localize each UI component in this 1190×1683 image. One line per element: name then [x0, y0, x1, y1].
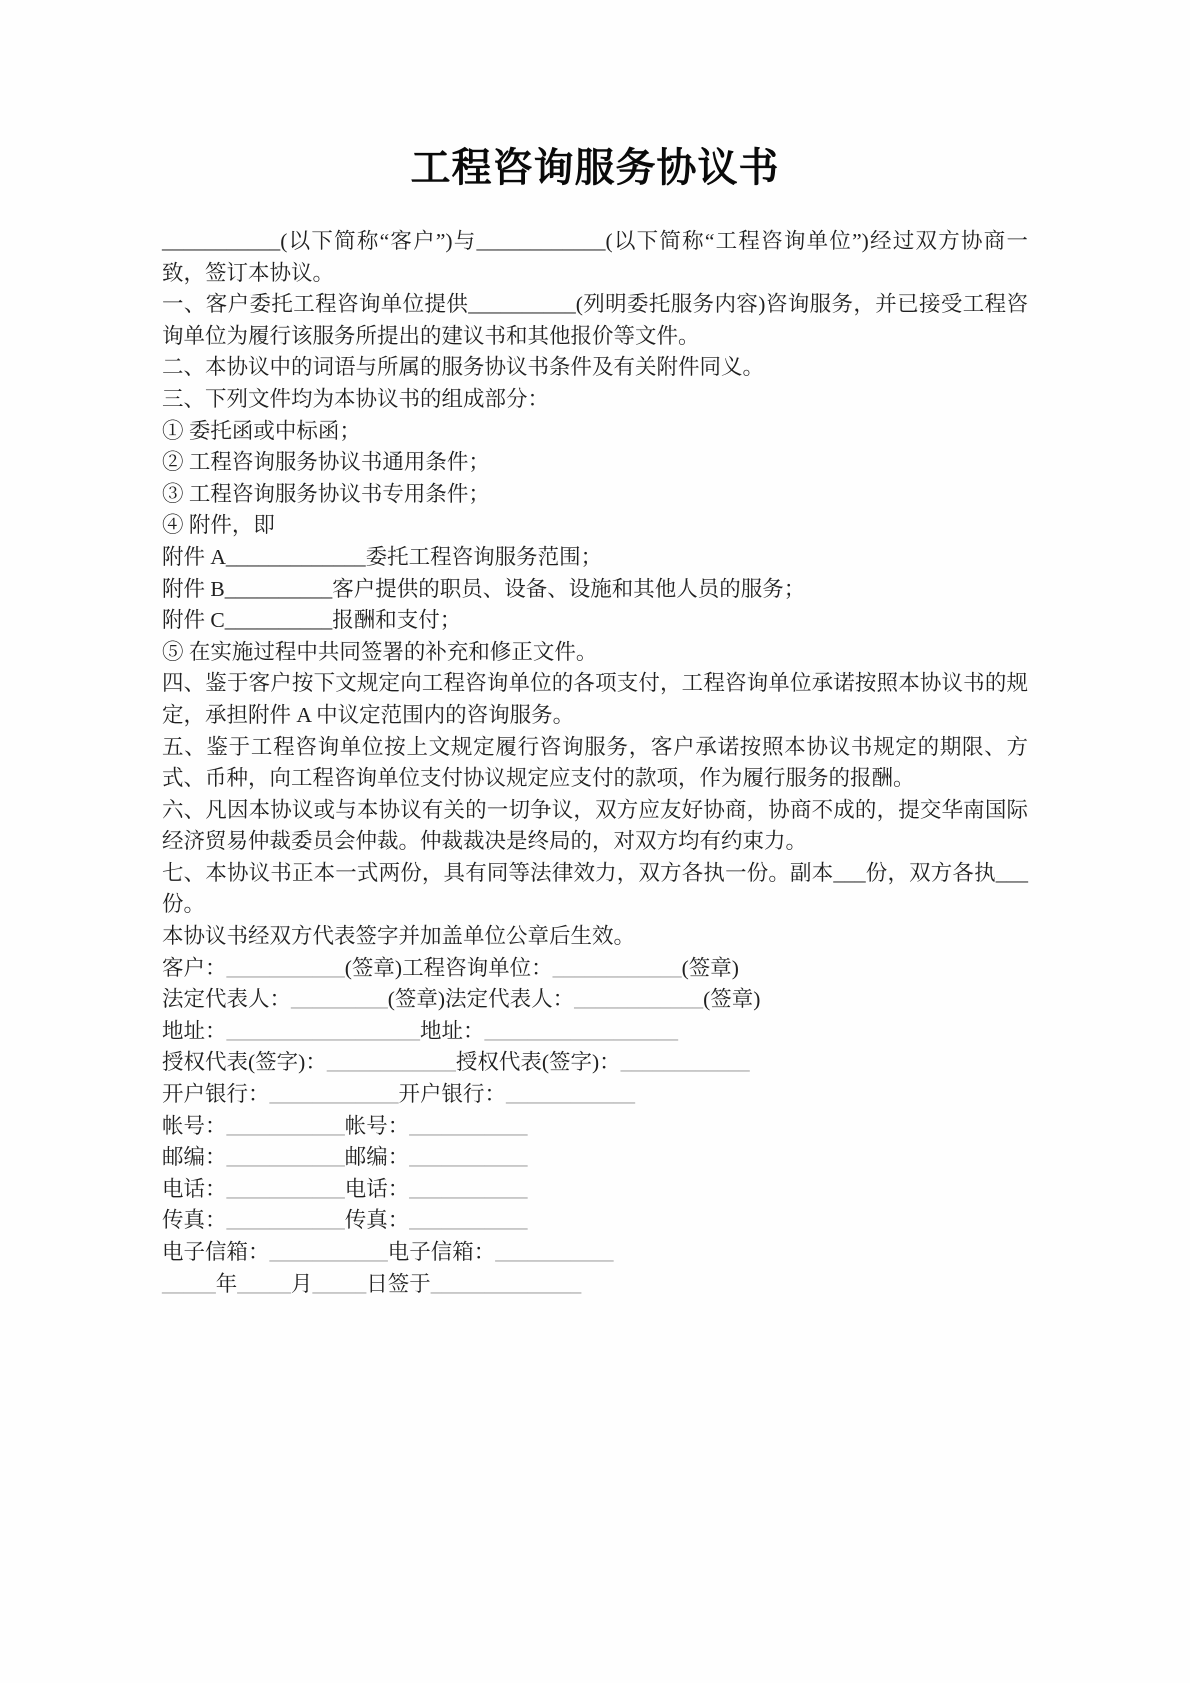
text-run: (签章)法定代表人：: [388, 987, 574, 1011]
text-run: 授权代表(签字)：: [456, 1050, 621, 1074]
blank-field: ___________: [227, 1114, 345, 1138]
text-run: 授权代表(签字)：: [162, 1050, 327, 1074]
blank-field: _____: [237, 1272, 291, 1296]
blank-field: ___________: [495, 1240, 613, 1264]
text-run: 份，双方各执: [866, 861, 996, 885]
paragraph-sign-fax: 传真：___________传真：___________: [162, 1205, 1028, 1237]
text-run: 开户银行：: [399, 1082, 507, 1106]
paragraph-annex-a: 附件 A_____________委托工程咨询服务范围；: [162, 542, 1028, 574]
blank-field: ____________: [553, 956, 682, 980]
paragraph-sign-bank: 开户银行：____________开户银行：____________: [162, 1079, 1028, 1111]
text-run: ② 工程咨询服务协议书通用条件；: [162, 450, 490, 474]
text-run: 邮编：: [162, 1145, 227, 1169]
text-run: 法定代表人：: [162, 987, 291, 1011]
text-run: 二、本协议中的词语与所属的服务协议书条件及有关附件同义。: [162, 355, 764, 379]
text-run: 电话：: [345, 1177, 410, 1201]
blank-field: ____________: [327, 1050, 456, 1074]
text-run: 客户提供的职员、设备、设施和其他人员的服务；: [332, 577, 805, 601]
document-body: ___________(以下简称“客户”)与____________(以下简称“…: [162, 226, 1028, 1300]
text-run: (以下简称“客户”)与: [280, 229, 476, 253]
text-run: 地址：: [162, 1019, 227, 1043]
text-run: 年: [216, 1272, 238, 1296]
paragraph-annex-b: 附件 B__________客户提供的职员、设备、设施和其他人员的服务；: [162, 574, 1028, 606]
document-content: 工程咨询服务协议书 ___________(以下简称“客户”)与________…: [162, 0, 1028, 1300]
text-run: 传真：: [162, 1208, 227, 1232]
text-run: 附件 B: [162, 577, 225, 601]
paragraph-clause-4: 四、鉴于客户按下文规定向工程咨询单位的各项支付，工程咨询单位承诺按照本协议书的规…: [162, 668, 1028, 731]
text-run: 附件 A: [162, 545, 226, 569]
paragraph-sign-legal-rep: 法定代表人：_________(签章)法定代表人：____________(签章…: [162, 984, 1028, 1016]
document-title: 工程咨询服务协议书: [162, 140, 1028, 196]
text-run: 七、本协议书正本一式两份，具有同等法律效力，双方各执一份。副本: [162, 861, 833, 885]
blank-field: ___________: [227, 956, 345, 980]
blank-field: ___________: [409, 1145, 527, 1169]
blank-field: __________: [225, 577, 333, 601]
text-run: 委托工程咨询服务范围；: [366, 545, 603, 569]
blank-field: ____________: [506, 1082, 635, 1106]
blank-field: ____________: [621, 1050, 750, 1074]
text-run: 月: [291, 1272, 313, 1296]
text-run: 客户：: [162, 956, 227, 980]
text-run: 电话：: [162, 1177, 227, 1201]
text-run: 报酬和支付；: [332, 608, 461, 632]
blank-field: __________________: [485, 1019, 679, 1043]
blank-field: ___________: [409, 1177, 527, 1201]
text-run: 电子信箱：: [388, 1240, 496, 1264]
text-run: 传真：: [345, 1208, 410, 1232]
paragraph-list-item-2: ② 工程咨询服务协议书通用条件；: [162, 447, 1028, 479]
text-run: 一、客户委托工程咨询单位提供: [162, 292, 468, 316]
text-run: (签章)工程咨询单位：: [345, 956, 553, 980]
text-run: 邮编：: [345, 1145, 410, 1169]
blank-field: ____________: [574, 987, 703, 1011]
paragraph-sign-email: 电子信箱：___________电子信箱：___________: [162, 1237, 1028, 1269]
blank-field: __________: [225, 608, 333, 632]
blank-field: __________: [468, 292, 576, 316]
blank-field: _____: [162, 1272, 216, 1296]
text-run: 三、下列文件均为本协议书的组成部分：: [162, 387, 549, 411]
blank-field: ___________: [409, 1208, 527, 1232]
blank-field: ___________: [162, 229, 280, 253]
blank-field: __________________: [227, 1019, 421, 1043]
paragraph-annex-c: 附件 C__________报酬和支付；: [162, 605, 1028, 637]
blank-field: ______________: [431, 1272, 582, 1296]
blank-field: ____________: [270, 1082, 399, 1106]
paragraph-clause-2: 二、本协议中的词语与所属的服务协议书条件及有关附件同义。: [162, 352, 1028, 384]
text-run: 五、鉴于工程咨询单位按上文规定履行咨询服务，客户承诺按照本协议书规定的期限、方式…: [162, 735, 1028, 791]
blank-field: ____________: [477, 229, 606, 253]
blank-field: _____________: [226, 545, 366, 569]
paragraph-sign-parties: 客户：___________(签章)工程咨询单位：____________(签章…: [162, 953, 1028, 985]
blank-field: ___________: [227, 1145, 345, 1169]
text-run: 电子信箱：: [162, 1240, 270, 1264]
paragraph-sign-account: 帐号：___________帐号：___________: [162, 1111, 1028, 1143]
blank-field: _____: [313, 1272, 367, 1296]
text-run: ③ 工程咨询服务协议书专用条件；: [162, 482, 490, 506]
paragraph-list-item-4: ④ 附件，即: [162, 510, 1028, 542]
paragraph-list-item-1: ① 委托函或中标函；: [162, 416, 1028, 448]
text-run: 四、鉴于客户按下文规定向工程咨询单位的各项支付，工程咨询单位承诺按照本协议书的规…: [162, 671, 1028, 727]
text-run: 份。: [162, 892, 205, 916]
text-run: ④ 附件，即: [162, 513, 275, 537]
document-page: 工程咨询服务协议书 ___________(以下简称“客户”)与________…: [0, 0, 1190, 1683]
text-run: 帐号：: [162, 1114, 227, 1138]
text-run: 日签于: [366, 1272, 431, 1296]
blank-field: ___________: [227, 1208, 345, 1232]
paragraph-sign-postcode: 邮编：___________邮编：___________: [162, 1142, 1028, 1174]
text-run: (签章): [682, 956, 739, 980]
text-run: 附件 C: [162, 608, 225, 632]
blank-field: ___________: [270, 1240, 388, 1264]
text-run: ⑤ 在实施过程中共同签署的补充和修正文件。: [162, 640, 597, 664]
paragraph-intro: ___________(以下简称“客户”)与____________(以下简称“…: [162, 226, 1028, 289]
blank-field: _________: [291, 987, 388, 1011]
text-run: (签章): [703, 987, 760, 1011]
paragraph-clause-7: 七、本协议书正本一式两份，具有同等法律效力，双方各执一份。副本___份，双方各执…: [162, 858, 1028, 921]
paragraph-sign-address: 地址：__________________地址：________________…: [162, 1016, 1028, 1048]
paragraph-sign-auth-rep: 授权代表(签字)：____________授权代表(签字)：__________…: [162, 1047, 1028, 1079]
text-run: 本协议书经双方代表签字并加盖单位公章后生效。: [162, 924, 635, 948]
text-run: 帐号：: [345, 1114, 410, 1138]
paragraph-list-item-5: ⑤ 在实施过程中共同签署的补充和修正文件。: [162, 637, 1028, 669]
paragraph-list-item-3: ③ 工程咨询服务协议书专用条件；: [162, 479, 1028, 511]
paragraph-sign-phone: 电话：___________电话：___________: [162, 1174, 1028, 1206]
paragraph-clause-6: 六、凡因本协议或与本协议有关的一切争议，双方应友好协商，协商不成的，提交华南国际…: [162, 795, 1028, 858]
paragraph-clause-5: 五、鉴于工程咨询单位按上文规定履行咨询服务，客户承诺按照本协议书规定的期限、方式…: [162, 732, 1028, 795]
paragraph-effective-note: 本协议书经双方代表签字并加盖单位公章后生效。: [162, 921, 1028, 953]
paragraph-clause-3: 三、下列文件均为本协议书的组成部分：: [162, 384, 1028, 416]
blank-field: ___: [996, 861, 1028, 885]
text-run: ① 委托函或中标函；: [162, 419, 361, 443]
blank-field: ___________: [409, 1114, 527, 1138]
paragraph-clause-1: 一、客户委托工程咨询单位提供__________(列明委托服务内容)咨询服务，并…: [162, 289, 1028, 352]
paragraph-sign-date: _____年_____月_____日签于______________: [162, 1269, 1028, 1301]
text-run: 六、凡因本协议或与本协议有关的一切争议，双方应友好协商，协商不成的，提交华南国际…: [162, 798, 1028, 854]
text-run: 地址：: [420, 1019, 485, 1043]
text-run: 开户银行：: [162, 1082, 270, 1106]
blank-field: ___: [833, 861, 865, 885]
blank-field: ___________: [227, 1177, 345, 1201]
